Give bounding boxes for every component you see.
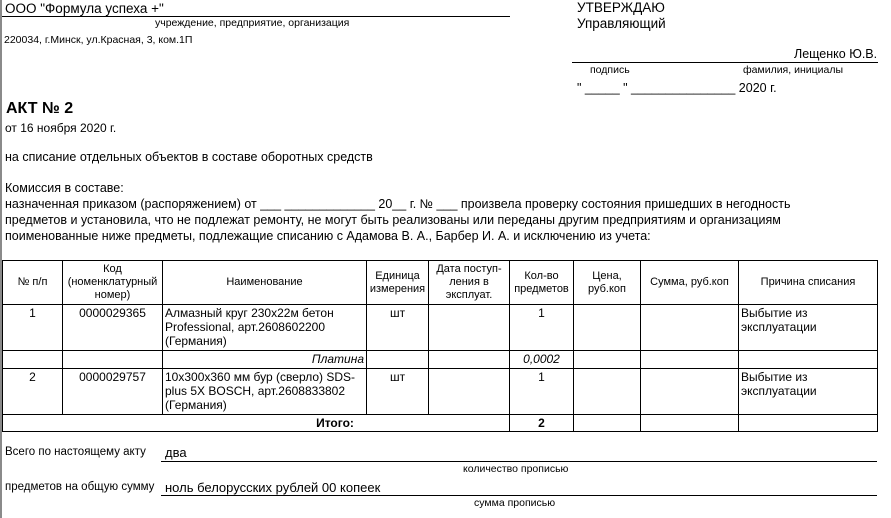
cell-reason: Выбытие из эксплуатации [739, 305, 878, 351]
name-caption: фамилия, инициалы [743, 64, 843, 76]
table-header-row: № п/п Код (номенклатурный номер) Наимено… [3, 261, 878, 305]
table-subrow: Платина 0,0002 [3, 351, 878, 369]
signature-caption: подпись [590, 64, 630, 76]
total-sum-value: ноль белорусских рублей 00 копеек [165, 480, 380, 495]
cell-empty [574, 415, 641, 432]
approval-date-line: " _____ " _______________ 2020 г. [577, 81, 777, 95]
cell-price [574, 305, 641, 351]
act-title: АКТ № 2 [6, 100, 73, 118]
total-sum-caption: сумма прописью [474, 497, 555, 509]
total-label: Итого: [3, 415, 510, 432]
cell-code: 0000029757 [63, 369, 163, 415]
total-items-value: два [165, 445, 187, 460]
cell-qty: 1 [510, 305, 574, 351]
total-items-label: Всего по настоящему акту [5, 446, 146, 458]
cell-reason: Выбытие из эксплуатации [739, 369, 878, 415]
cell-empty [429, 351, 510, 369]
act-date: от 16 ноября 2020 г. [5, 121, 116, 135]
cell-sum [641, 369, 739, 415]
column-header-name: Наименование [163, 261, 367, 305]
cell-unit: шт [367, 305, 429, 351]
cell-empty [574, 351, 641, 369]
approver-position: Управляющий [577, 16, 666, 31]
cell-qty: 1 [510, 369, 574, 415]
cell-name: 10х300х360 мм бур (сверло) SDS-plus 5X B… [163, 369, 367, 415]
total-sum-label: предметов на общую сумму [5, 481, 154, 493]
cell-empty [739, 415, 878, 432]
cell-unit: шт [367, 369, 429, 415]
column-header-num: № п/п [3, 261, 63, 305]
items-table: № п/п Код (номенклатурный номер) Наимено… [2, 260, 878, 432]
act-body-line-1: назначенная приказом (распоряжением) от … [5, 197, 790, 211]
cell-num: 2 [3, 369, 63, 415]
total-items-line [161, 461, 877, 462]
act-body-line-2: предметов и установила, что не подлежат … [5, 213, 781, 227]
commission-label: Комиссия в составе: [5, 181, 124, 195]
table-row: 2 0000029757 10х300х360 мм бур (сверло) … [3, 369, 878, 415]
total-sum-line [161, 495, 877, 496]
approve-label: УТВЕРЖДАЮ [577, 0, 665, 15]
organization-caption: учреждение, предприятие, организация [155, 17, 349, 29]
cell-empty [641, 415, 739, 432]
total-qty: 2 [510, 415, 574, 432]
column-header-sum: Сумма, руб.коп [641, 261, 739, 305]
act-subject: на списание отдельных объектов в составе… [5, 150, 373, 164]
cell-name: Алмазный круг 230х22м бетон Professional… [163, 305, 367, 351]
approver-name: Лещенко Ю.В. [794, 47, 877, 61]
column-header-date: Дата поступ-ления в эксплуат. [429, 261, 510, 305]
cell-empty [367, 351, 429, 369]
cell-code: 0000029365 [63, 305, 163, 351]
column-header-unit: Единица измерения [367, 261, 429, 305]
cell-material: Платина [163, 351, 367, 369]
act-body-line-3: поименованные ниже предметы, подлежащие … [5, 229, 651, 243]
cell-empty [3, 351, 63, 369]
total-items-caption: количество прописью [463, 463, 568, 475]
cell-empty [63, 351, 163, 369]
cell-num: 1 [3, 305, 63, 351]
cell-empty [739, 351, 878, 369]
cell-sum [641, 305, 739, 351]
page-left-edge [0, 0, 2, 518]
cell-date [429, 305, 510, 351]
cell-price [574, 369, 641, 415]
cell-material-qty: 0,0002 [510, 351, 574, 369]
cell-date [429, 369, 510, 415]
column-header-qty: Кол-во предметов [510, 261, 574, 305]
column-header-reason: Причина списания [739, 261, 878, 305]
signature-line [572, 62, 878, 63]
organization-name: ООО "Формула успеха +" [5, 1, 164, 16]
table-row: 1 0000029365 Алмазный круг 230х22м бетон… [3, 305, 878, 351]
column-header-code: Код (номенклатурный номер) [63, 261, 163, 305]
column-header-price: Цена, руб.коп [574, 261, 641, 305]
table-total-row: Итого: 2 [3, 415, 878, 432]
organization-address: 220034, г.Минск, ул.Красная, 3, ком.1П [4, 34, 192, 46]
cell-empty [641, 351, 739, 369]
